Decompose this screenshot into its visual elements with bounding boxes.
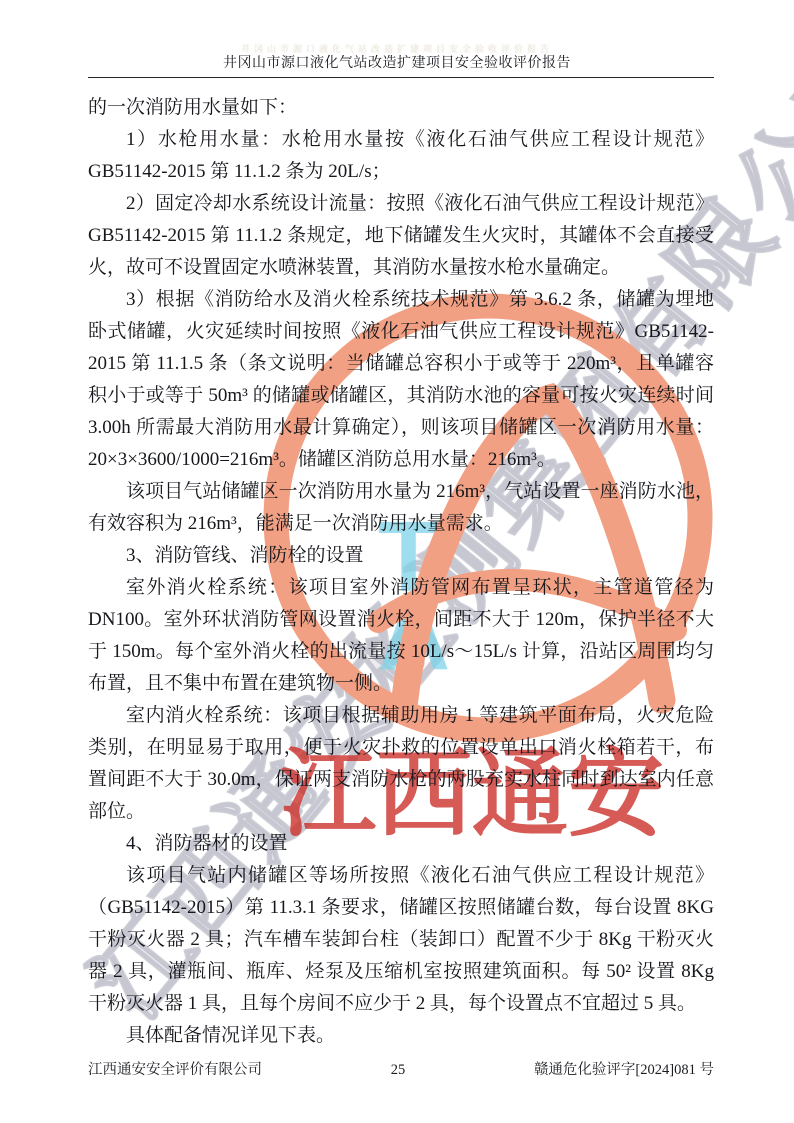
paragraph-indoor-hydrant: 室内消火栓系统：该项目根据辅助用房 1 等建筑平面布局，火灾危险类别，在明显易于… (88, 700, 714, 828)
paragraph-intro-fire-water: 的一次消防用水量如下： (88, 92, 714, 124)
heading-fire-equipment-setup: 4、消防器材的设置 (88, 828, 714, 860)
paragraph-outdoor-hydrant: 室外消火栓系统：该项目室外消防管网布置呈环状，主管道管径为 DN100。室外环状… (88, 572, 714, 700)
footer-company-name: 江西通安安全评价有限公司 (88, 1058, 262, 1079)
footer-page-number: 25 (391, 1062, 406, 1079)
paragraph-extinguisher-config: 该项目气站内储罐区等场所按照《液化石油气供应工程设计规范》（GB51142-20… (88, 860, 714, 1020)
page-header-title: 井冈山市源口液化气站改造扩建项目安全验收评价报告 (0, 52, 794, 72)
paragraph-see-table-below: 具体配备情况详见下表。 (88, 1020, 714, 1052)
paragraph-item2-fixed-cooling: 2）固定冷却水系统设计流量：按照《液化石油气供应工程设计规范》GB51142-2… (88, 188, 714, 284)
document-body: 的一次消防用水量如下： 1）水枪用水量：水枪用水量按《液化石油气供应工程设计规范… (88, 92, 714, 1052)
footer-doc-number: 赣通危化验评字[2024]081 号 (534, 1058, 714, 1079)
report-page: 井冈山市源口液化气站改造扩建项目安全验收评价报告 江西通安检测集团有限公司 TA… (0, 0, 794, 1123)
header-divider (88, 77, 714, 78)
paragraph-item1-water-gun: 1）水枪用水量：水枪用水量按《液化石油气供应工程设计规范》GB51142-201… (88, 124, 714, 188)
paragraph-fire-pool-capacity: 该项目气站储罐区一次消防用水量为 216m³，气站设置一座消防水池，有效容积为 … (88, 476, 714, 540)
page-footer: 江西通安安全评价有限公司 25 赣通危化验评字[2024]081 号 (88, 1058, 714, 1079)
paragraph-item3-fire-pool-calc: 3）根据《消防给水及消火栓系统技术规范》第 3.6.2 条，储罐为埋地卧式储罐，… (88, 284, 714, 476)
heading-fire-pipeline-setup: 3、消防管线、消防栓的设置 (88, 540, 714, 572)
